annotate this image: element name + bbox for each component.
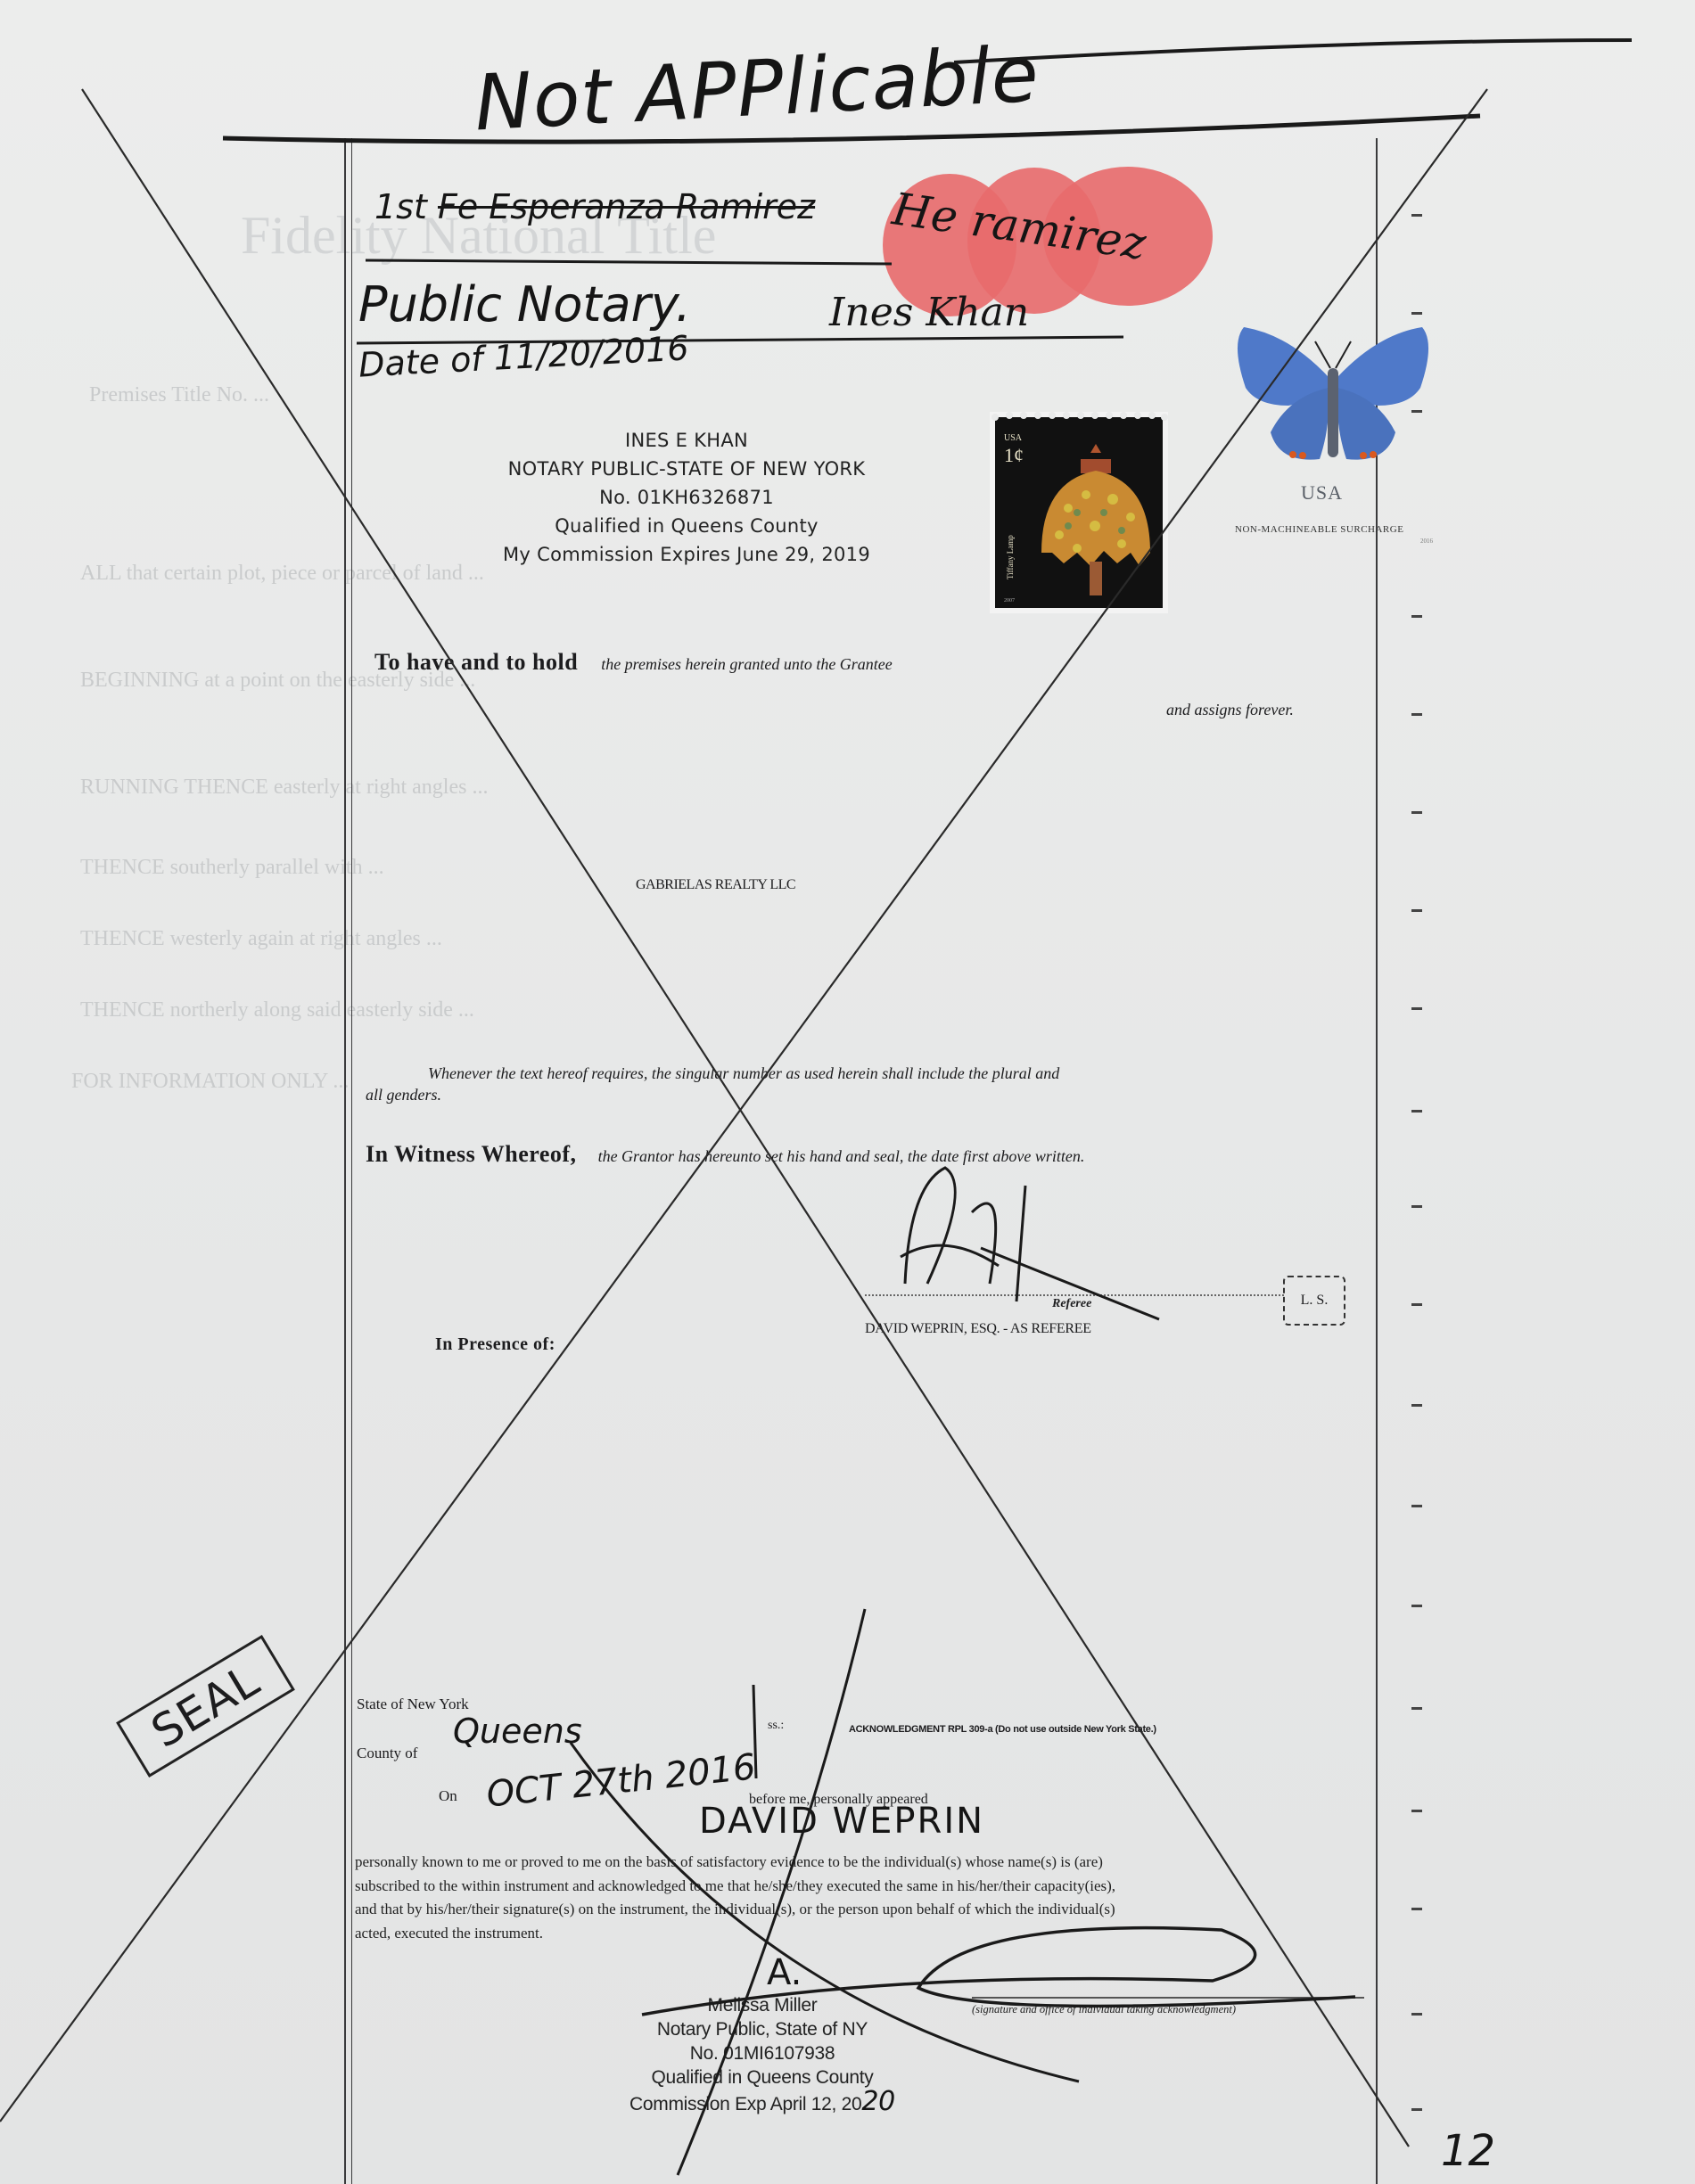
first-line-struck-name: Fe Esperanza Ramirez [438,187,815,226]
plural-clause-line-1: Whenever the text hereof requires, the s… [428,1064,1059,1083]
first-line-prefix: 1st [374,187,427,226]
notary2-title: Notary Public, State of NY [588,2017,936,2041]
left-margin-rule [344,138,346,2184]
bleed-through-text: FOR INFORMATION ONLY ... [71,1070,349,1094]
notary-expires: My Commission Expires June 29, 2019 [464,540,909,569]
margin-tick [1411,1205,1422,1208]
margin-tick [1411,2108,1422,2111]
butterfly-postage-stamp [1226,308,1440,468]
margin-tick [1411,214,1422,217]
butterfly-stamp-year: 2016 [1420,538,1433,545]
notary2-expires-handwritten: 20 [861,2086,895,2117]
notary-title: NOTARY PUBLIC-STATE OF NEW YORK [464,455,909,483]
ack-body: personally known to me or proved to me o… [355,1851,1362,1945]
grantor-signature [901,1168,1159,1319]
plural-clause-line-2: all genders. [366,1086,441,1104]
grantee-name: GABRIELAS REALTY LLC [636,877,795,893]
butterfly-stamp-country: USA [1301,481,1343,505]
margin-tick [1411,1404,1422,1407]
notary-stamp-miller: Melissa Miller Notary Public, State of N… [588,1993,936,2116]
ack-header: ACKNOWLEDGMENT RPL 309-a (Do not use out… [849,1724,1156,1735]
stamp-denomination: 1¢ [1004,444,1024,466]
notary-stamp-khan: INES E KHAN NOTARY PUBLIC-STATE OF NEW Y… [464,426,909,569]
ack-state-label: State of New York [357,1695,469,1713]
ack-county-label: County of [357,1745,417,1762]
margin-tick [1411,909,1422,912]
margin-tick [1411,1605,1422,1607]
ack-body-line-4: acted, executed the instrument. [355,1922,1362,1946]
ack-on-label: On [439,1787,457,1805]
margin-tick [1411,1908,1422,1910]
left-margin-rule-inner [351,138,352,2184]
notary2-name: Melissa Miller [588,1993,936,2017]
notary-number: No. 01KH6326871 [464,483,909,512]
bleed-through-text: THENCE westerly again at right angles ..… [80,927,442,951]
handwritten-date-line: Date of 11/20/2016 [358,328,689,384]
ack-signature-caption: (signature and office of individual taki… [972,2003,1236,2016]
margin-tick [1411,615,1422,618]
handwritten-first-line: 1st Fe Esperanza Ramirez [374,187,815,226]
ack-appeared-name: DAVID WEPRIN [699,1801,984,1842]
locus-sigilli-box: L. S. [1283,1276,1345,1326]
ack-body-line-1: personally known to me or proved to me o… [355,1851,1362,1875]
margin-tick [1411,811,1422,814]
tiffany-lamp-postage-stamp: USA 1¢ Tiffany Lamp 2007 [988,410,1170,615]
margin-tick [1411,1110,1422,1113]
margin-tick [1411,713,1422,716]
referee-label: Referee [1052,1297,1091,1311]
ack-county-value: Queens [453,1712,582,1751]
handwritten-not-applicable: Not APPlicable [473,29,1041,148]
margin-tick [1411,1007,1422,1010]
witness-lead: In Witness Whereof, [366,1141,577,1167]
handwritten-signature-khan: Ines Khan [829,290,1029,335]
document-page: Fidelity National Title Premises Title N… [0,0,1695,2184]
notary2-expires: Commission Exp April 12, 2020 [588,2090,936,2116]
grantor-signature-line [865,1294,1284,1296]
notary-qualified: Qualified in Queens County [464,512,909,540]
bleed-through-text: THENCE southerly parallel with ... [80,856,384,880]
habendum-text: the premises herein granted unto the Gra… [601,655,893,673]
bleed-through-text: RUNNING THENCE easterly at right angles … [80,776,488,800]
handwritten-seal-box: SEAL [116,1635,295,1778]
margin-tick [1411,2013,1422,2016]
habendum-line: To have and to hold the premises herein … [374,649,893,676]
bleed-through-text: Premises Title No. ... [89,383,269,407]
bleed-through-text: ALL that certain plot, piece or parcel o… [80,562,484,586]
margin-tick [1411,1303,1422,1306]
butterfly-stamp-caption: NON-MACHINEABLE SURCHARGE [1235,524,1403,535]
in-presence-of-label: In Presence of: [435,1334,555,1355]
notary-initial: A. [767,1952,802,1993]
top-right-stroke [954,40,1632,62]
referee-name: DAVID WEPRIN, ESQ. - AS REFEREE [865,1321,1091,1337]
handwritten-page-number: 12 [1441,2126,1495,2176]
margin-tick [1411,1505,1422,1507]
notary-name: INES E KHAN [464,426,909,455]
ack-signature-line [972,1997,1364,1999]
margin-tick [1411,1810,1422,1812]
margin-tick [1411,1707,1422,1710]
handwritten-public-notary: Public Notary. [358,276,691,333]
habendum-continuation: and assigns forever. [1166,701,1294,719]
witness-clause: In Witness Whereof, the Grantor has here… [366,1141,1084,1168]
notary2-expires-printed: Commission Exp April 12, 20 [629,2094,861,2114]
stamp-caption: Tiffany Lamp [1006,535,1015,579]
ack-body-line-2: subscribed to the within instrument and … [355,1875,1362,1899]
witness-text: the Grantor has hereunto set his hand an… [598,1147,1085,1165]
bleed-through-text: THENCE northerly along said easterly sid… [80,998,474,1022]
svg-text:2007: 2007 [1004,598,1015,603]
habendum-lead: To have and to hold [374,649,578,675]
ack-ss: ss.: [768,1719,784,1733]
notary2-number: No. 01MI6107938 [588,2041,936,2065]
ack-body-line-3: and that by his/her/their signature(s) o… [355,1898,1362,1922]
stamp-country: USA [1004,433,1023,443]
